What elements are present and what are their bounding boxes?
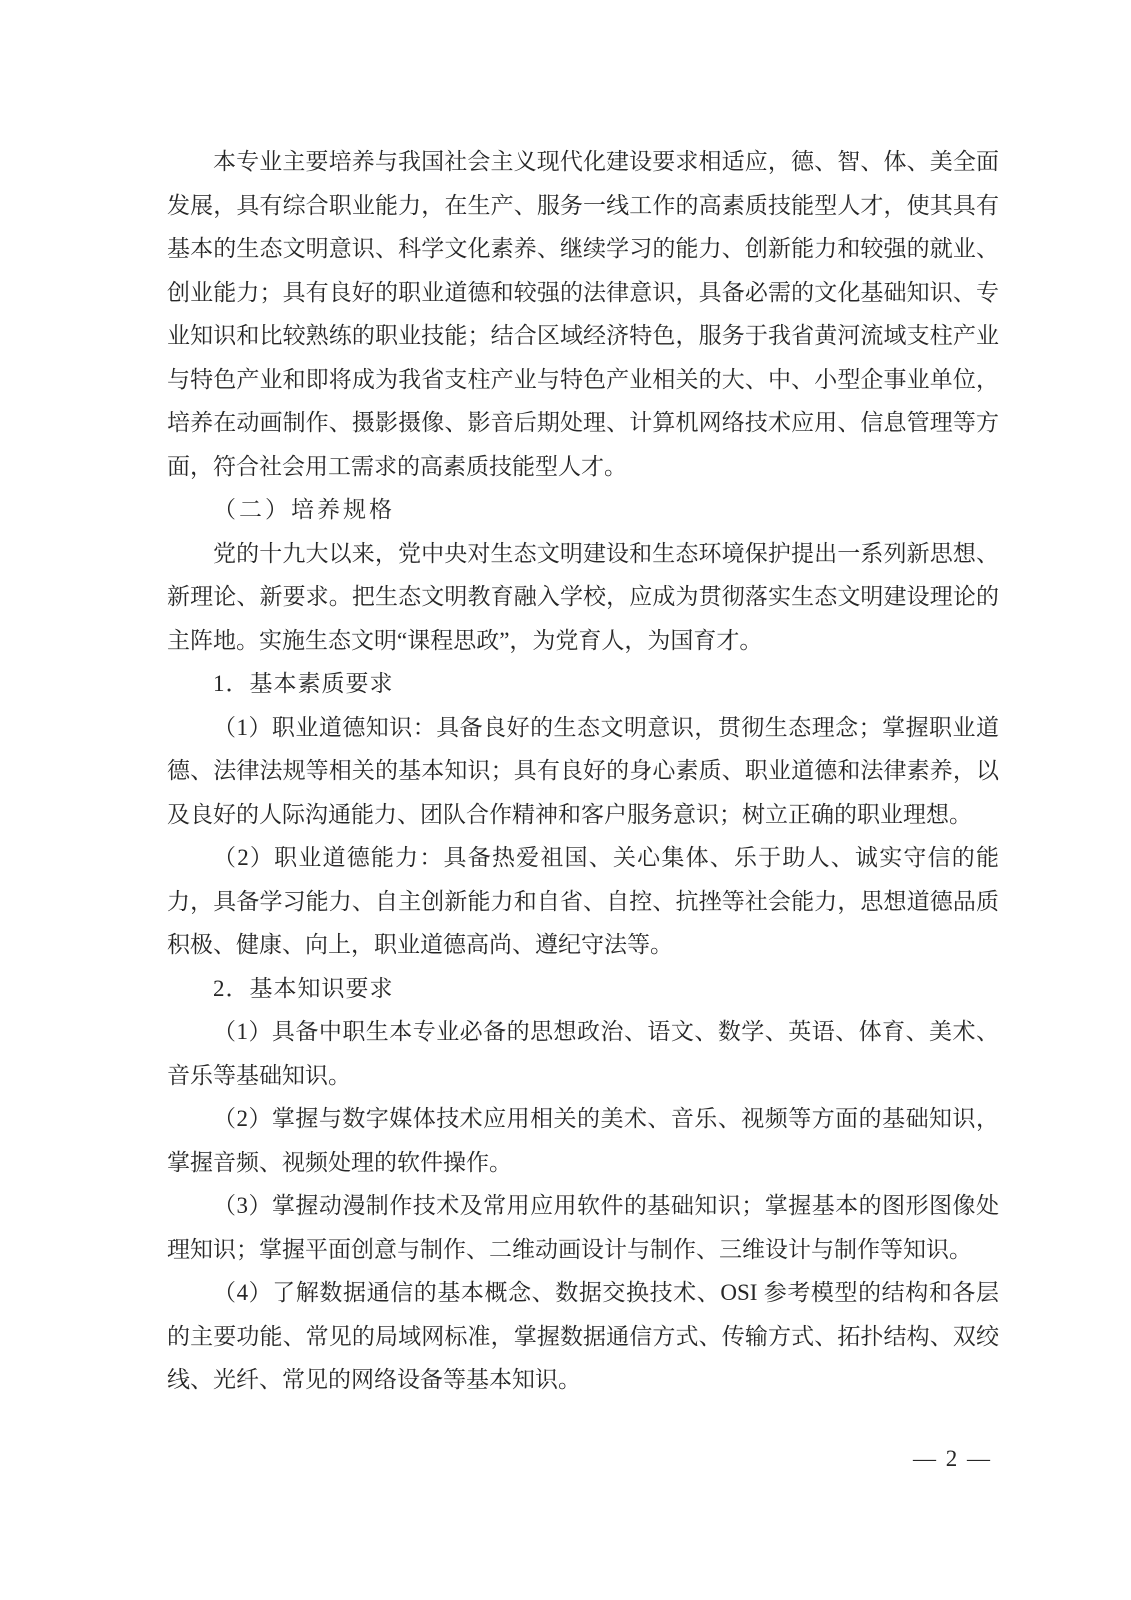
- document-paragraph: 党的十九大以来，党中央对生态文明建设和生态环境保护提出一系列新思想、新理论、新要…: [167, 532, 999, 663]
- page-number: — 2 —: [913, 1444, 992, 1474]
- document-body: 本专业主要培养与我国社会主义现代化建设要求相适应，德、智、体、美全面发展，具有综…: [167, 140, 999, 1402]
- document-paragraph: （2）掌握与数字媒体技术应用相关的美术、音乐、视频等方面的基础知识，掌握音频、视…: [167, 1097, 999, 1184]
- document-paragraph: （1）职业道德知识：具备良好的生态文明意识，贯彻生态理念；掌握职业道德、法律法规…: [167, 706, 999, 837]
- section-heading: （二）培养规格: [167, 488, 999, 532]
- document-paragraph: （3）掌握动漫制作技术及常用应用软件的基础知识；掌握基本的图形图像处理知识；掌握…: [167, 1184, 999, 1271]
- document-paragraph: （2）职业道德能力：具备热爱祖国、关心集体、乐于助人、诚实守信的能力，具备学习能…: [167, 836, 999, 967]
- document-paragraph: （4）了解数据通信的基本概念、数据交换技术、OSI 参考模型的结构和各层的主要功…: [167, 1271, 999, 1402]
- section-heading: 2．基本知识要求: [167, 967, 999, 1011]
- section-heading: 1．基本素质要求: [167, 662, 999, 706]
- document-paragraph: 本专业主要培养与我国社会主义现代化建设要求相适应，德、智、体、美全面发展，具有综…: [167, 140, 999, 488]
- document-paragraph: （1）具备中职生本专业必备的思想政治、语文、数学、英语、体育、美术、音乐等基础知…: [167, 1010, 999, 1097]
- document-page: 本专业主要培养与我国社会主义现代化建设要求相适应，德、智、体、美全面发展，具有综…: [0, 0, 1131, 1600]
